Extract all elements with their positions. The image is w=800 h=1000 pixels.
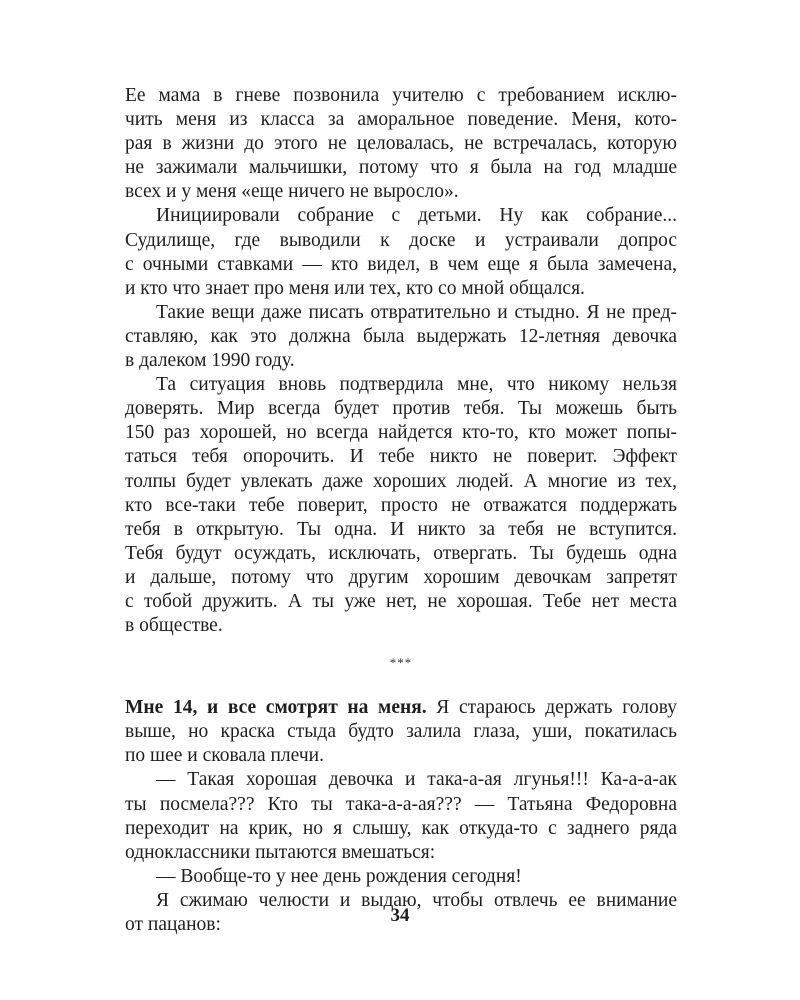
text-line: Такие вещи даже писать отвратительно и с… xyxy=(125,301,677,325)
text-line: чить меня из класса за аморальное поведе… xyxy=(125,108,677,132)
paragraph: выше, но краска стыда будто залила глаза… xyxy=(125,720,677,768)
page-number: 34 xyxy=(0,905,800,927)
text-line: тебя в открытую. Ты одна. И никто за теб… xyxy=(125,518,677,542)
paragraph: — Вообще-то у нее день рождения сегодня! xyxy=(125,865,677,889)
text-line: по шее и сковала плечи. xyxy=(125,744,677,768)
text-line: Тебя будут осуждать, исключать, отвергат… xyxy=(125,542,677,566)
section-2-lead-line: Мне 14, и все смотрят на меня. Я стараюс… xyxy=(125,696,677,720)
text-line: в обществе. xyxy=(125,614,677,638)
text-line: одноклассники пытаются вмешаться: xyxy=(125,841,677,865)
section-2: Мне 14, и все смотрят на меня. Я стараюс… xyxy=(125,696,677,937)
text-line: и дальше, потому что другим хорошим дево… xyxy=(125,566,677,590)
text-line: доверять. Мир всегда будет против тебя. … xyxy=(125,397,677,421)
bold-lead-phrase: Мне 14, и все смотрят на меня. xyxy=(125,697,427,718)
text-line: с очными ставками — кто видел, в чем еще… xyxy=(125,253,677,277)
text-line: Судилище, где выводили к доске и устраив… xyxy=(125,229,677,253)
paragraph: Та ситуация вновь подтвердила мне, что н… xyxy=(125,373,677,638)
text-line: переходит на крик, но я слышу, как откуд… xyxy=(125,817,677,841)
paragraph: — Такая хорошая девочка и така-а-ая лгун… xyxy=(125,768,677,864)
text-line: Та ситуация вновь подтвердила мне, что н… xyxy=(125,373,677,397)
book-page-text: Ее мама в гневе позвонила учителю с треб… xyxy=(125,84,677,937)
paragraph: Такие вещи даже писать отвратительно и с… xyxy=(125,301,677,373)
text-line: выше, но краска стыда будто залила глаза… xyxy=(125,720,677,744)
text-line: — Вообще-то у нее день рождения сегодня! xyxy=(125,865,677,889)
text-line: Инициировали собрание с детьми. Ну как с… xyxy=(125,204,677,228)
text-line: ты посмела??? Кто ты така-а-а-ая??? — Та… xyxy=(125,793,677,817)
text-line: с тобой дружить. А ты уже нет, не хороша… xyxy=(125,590,677,614)
text-line: — Такая хорошая девочка и така-а-ая лгун… xyxy=(125,768,677,792)
text-line: не зажимали мальчишки, потому что я была… xyxy=(125,156,677,180)
text-line: ставляю, как это должна была выдержать 1… xyxy=(125,325,677,349)
text-line: в далеком 1990 году. xyxy=(125,349,677,373)
lead-line-rest: Я стараюсь держать голову xyxy=(427,697,677,718)
text-line: кто все-таки тебе поверит, просто не отв… xyxy=(125,494,677,518)
text-line: Ее мама в гневе позвонила учителю с треб… xyxy=(125,84,677,108)
text-line: и кто что знает про меня или тех, кто со… xyxy=(125,277,677,301)
text-line: толпы будет увлекать даже хороших людей.… xyxy=(125,470,677,494)
text-line: таться тебя опорочить. И тебе никто не п… xyxy=(125,445,677,469)
section-separator: *** xyxy=(125,651,677,675)
paragraph: Инициировали собрание с детьми. Ну как с… xyxy=(125,204,677,300)
text-line: рая в жизни до этого не целовалась, не в… xyxy=(125,132,677,156)
paragraph: Ее мама в гневе позвонила учителю с треб… xyxy=(125,84,677,204)
text-line: 150 раз хорошей, но всегда найдется кто-… xyxy=(125,421,677,445)
section-1: Ее мама в гневе позвонила учителю с треб… xyxy=(125,84,677,638)
text-line: всех и у меня «еще ничего не выросло». xyxy=(125,180,677,204)
